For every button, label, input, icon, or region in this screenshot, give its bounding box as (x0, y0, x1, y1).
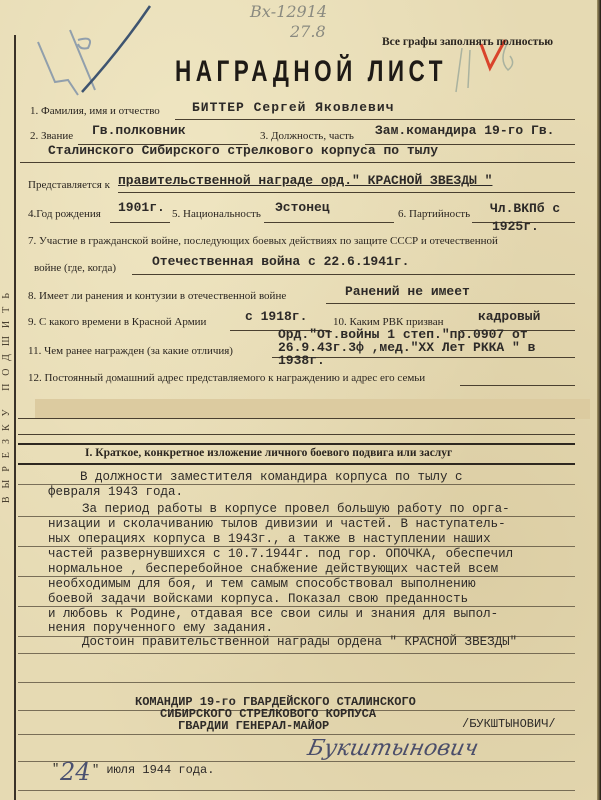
field-5-label: 5. Национальность (172, 208, 261, 220)
section-rule-heading-top (18, 443, 575, 445)
field-12-underline (460, 385, 575, 386)
nominated-label: Представляется к (28, 179, 110, 191)
margin-binding-line (14, 35, 16, 800)
signatory-name: /БУКШТЫНОВИЧ/ (462, 717, 556, 731)
field-2-label: 2. Звание (30, 130, 73, 142)
instruction-note: Все графы заполнять полностью (382, 36, 553, 48)
field-12-underline-2 (18, 418, 575, 419)
field-1-underline (175, 119, 575, 120)
section-rule (18, 682, 575, 683)
section-rule-heading-bottom (18, 463, 575, 465)
archive-stamp-number: Вх-12914 (250, 2, 327, 21)
field-9-label: 9. С какого времени в Красной Армии (28, 316, 206, 328)
narrative-line-12: Достоин правительственной награды ордена… (82, 635, 517, 651)
field-9-value: с 1918г. (245, 309, 307, 324)
narrative-line-4: низации и сколачиванию тылов дивизии и ч… (48, 517, 506, 533)
narrative-line-6: частей развернувшихся с 10.7.1944г. под … (48, 547, 513, 563)
field-6-value-line1: Чл.ВКПб с (490, 201, 560, 216)
section-rule (18, 484, 575, 485)
redacted-address-area (35, 399, 590, 419)
document-title: НАГРАДНОЙ ЛИСТ (175, 55, 447, 89)
field-2-value: Гв.полковник (92, 123, 186, 138)
field-4-underline (110, 222, 170, 223)
section-rule (18, 606, 575, 607)
field-10-value: кадровый (478, 309, 540, 324)
nominated-value: правительственной награде орд." КРАСНОЙ … (118, 173, 492, 188)
signatory-title-line3: ГВАРДИИ ГЕНЕРАЛ-МАЙОР (178, 719, 329, 733)
date-rest: " июля 1944 года. (92, 763, 214, 777)
field-6-value-line2: 1925г. (492, 219, 539, 234)
date-quote-open: " (52, 762, 59, 776)
field-5-underline (264, 222, 394, 223)
field-7-value: Отечественная война с 22.6.1941г. (152, 254, 409, 269)
section-rule-top (18, 434, 575, 435)
section-rule (18, 546, 575, 547)
field-3-value-line1: Зам.командира 19-го Гв. (375, 123, 554, 138)
section-rule (18, 516, 575, 517)
field-3-value-line2: Сталинского Сибирского стрелкового корпу… (48, 143, 438, 158)
narrative-line-8: необходимым для боя, и тем самым способс… (48, 577, 476, 593)
field-6-label: 6. Партийность (398, 208, 470, 220)
section-rule (18, 790, 575, 791)
section-rule (18, 576, 575, 577)
field-11-value-line3: 1938г. (278, 353, 325, 368)
field-3-label: 3. Должность, часть (260, 130, 354, 142)
field-7-label-line2: войне (где, когда) (34, 262, 116, 274)
award-sheet-document: ВЫРЕЗКУ ПОДШИТЬ Вх-12914 27.8 Все графы … (0, 0, 601, 800)
date-day-handwritten: 24 (60, 758, 91, 786)
archive-stamp-date: 27.8 (290, 22, 326, 41)
section-heading: I. Краткое, конкретное изложение личного… (85, 447, 452, 459)
field-1-value: БИТТЕР Сергей Яковлевич (192, 100, 394, 115)
field-1-label: 1. Фамилия, имя и отчество (30, 105, 160, 117)
field-8-value: Ранений не имеет (345, 284, 470, 299)
field-3-underline-2 (20, 162, 575, 163)
page-edge (597, 0, 601, 800)
section-rule (18, 761, 575, 762)
section-rule (18, 636, 575, 637)
handwritten-signature: Букштынович (305, 736, 480, 761)
field-7-underline (132, 274, 575, 275)
nominated-underline (118, 192, 575, 193)
field-11-label: 11. Чем ранее награжден (за какие отличи… (28, 345, 233, 357)
narrative-line-2: февраля 1943 года. (48, 485, 183, 501)
section-rule (18, 734, 575, 735)
field-12-label: 12. Постоянный домашний адрес представля… (28, 372, 425, 384)
section-rule (18, 653, 575, 654)
field-4-label: 4.Год рождения (28, 208, 101, 220)
margin-vertical-text: ВЫРЕЗКУ ПОДШИТЬ (2, 285, 12, 503)
field-8-label: 8. Имеет ли ранения и контузии в отечест… (28, 290, 286, 302)
field-4-value: 1901г. (118, 200, 165, 215)
field-8-underline (326, 303, 575, 304)
field-5-value: Эстонец (275, 200, 330, 215)
field-7-label-line1: 7. Участие в гражданской войне, последую… (28, 235, 498, 247)
